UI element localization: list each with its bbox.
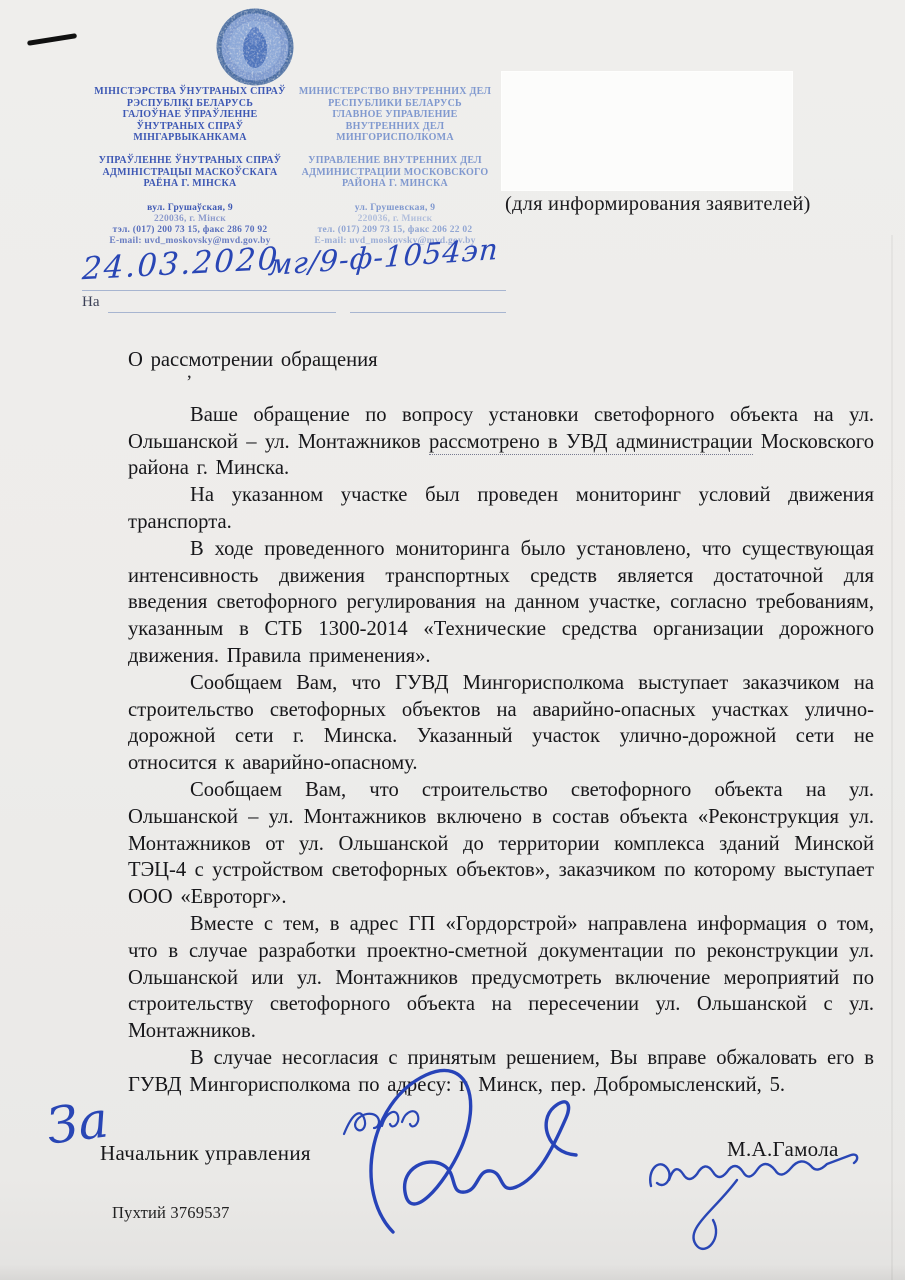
executor-line: Пухтий 3769537 [112,1203,230,1223]
letterhead-line: РАЙОНА Г. МИНСКА [290,178,500,190]
department-name-ru: УПРАВЛЕНИЕ ВНУТРЕННИХ ДЕЛ АДМИНИСТРАЦИИ … [290,155,500,190]
ministry-name-ru: МИНИСТЕРСТВО ВНУТРЕННИХ ДЕЛ РЕСПУБЛИКИ Б… [290,86,500,144]
letterhead-left-column: МІНІСТЭРСТВА ЎНУТРАНЫХ СПРАЎ РЭСПУБЛІКІ … [68,86,312,248]
subject-line: О рассмотрении обращения [128,347,874,374]
form-underline [108,312,336,313]
paragraph: Сообщаем Вам, что ГУВД Мингорисполкома в… [128,670,874,777]
letterhead-line: УПРАЎЛЕННЕ ЎНУТРАНЫХ СПРАЎ [68,155,312,167]
letterhead-line: РЕСПУБЛИКИ БЕЛАРУСЬ [290,98,500,110]
department-name-by: УПРАЎЛЕННЕ ЎНУТРАНЫХ СПРАЎ АДМІНІСТРАЦЫІ… [68,155,312,190]
paragraph: Сообщаем Вам, что строительство светофор… [128,777,874,911]
address-line: 220036, г. Минск [290,214,500,225]
letterhead-line: РЭСПУБЛІКІ БЕЛАРУСЬ [68,98,312,110]
address-line: 220036, г. Мінск [68,214,312,225]
address-line: вул. Грушаўская, 9 [68,203,312,214]
paragraph: Вместе с тем, в адрес ГП «Гордорстрой» н… [128,911,874,1045]
letterhead-line: МИНИСТЕРСТВО ВНУТРЕННИХ ДЕЛ [290,86,500,98]
paragraph: Ваше обращение по вопросу установки свет… [128,402,874,482]
state-emblem-stamp-icon [210,6,300,90]
position-title: Начальник управления [100,1141,311,1166]
pen-dash-mark [27,33,77,45]
letterhead-right-column: МИНИСТЕРСТВО ВНУТРЕННИХ ДЕЛ РЕСПУБЛИКИ Б… [290,86,500,248]
paragraph: На указанном участке был проведен монито… [128,482,874,536]
letterhead-line: РАЁНА Г. МІНСКА [68,178,312,190]
letterhead-line: ГАЛОЎНАЕ ЎПРАЎЛЕННЕ [68,109,312,121]
scan-edge-artifact [891,235,893,1280]
letterhead-line: АДМІНІСТРАЦЫІ МАСКОЎСКАГА [68,167,312,179]
for-informing-note: (для информирования заявителей) [505,193,865,216]
address-line: ул. Грушевская, 9 [290,203,500,214]
letterhead-line: УПРАВЛЕНИЕ ВНУТРЕННИХ ДЕЛ [290,155,500,167]
main-signature [348,1060,583,1250]
paragraph: В ходе проведенного мониторинга было уст… [128,536,874,670]
letterhead-line: МІНІСТЭРСТВА ЎНУТРАНЫХ СПРАЎ [68,86,312,98]
redacted-recipient-box [502,72,792,190]
secondary-signature [645,1150,877,1280]
letterhead-line: ВНУТРЕННИХ ДЕЛ [290,121,500,133]
letterhead-line: МИНГОРИСПОЛКОМА [290,132,500,144]
na-label: На [82,294,100,311]
letterhead-line: ГЛАВНОЕ УПРАВЛЕНИЕ [290,109,500,121]
letterhead-line: АДМИНИСТРАЦИИ МОСКОВСКОГО [290,167,500,179]
form-underline [350,312,506,313]
phone-line: тэл. (017) 200 73 15, факс 286 70 92 [68,225,312,236]
letter-body: О рассмотрении обращения Ваше обращение … [128,347,874,1099]
underlined-text-run: рассмотрено в УВД администрации [429,431,753,455]
letterhead-line: МІНГАРВЫКАНКАМА [68,132,312,144]
scanned-letter-page: МІНІСТЭРСТВА ЎНУТРАНЫХ СПРАЎ РЭСПУБЛІКІ … [0,0,905,1280]
form-underline [82,290,506,291]
handwritten-date: 24.03.2020 [81,241,280,287]
letterhead-line: ЎНУТРАНЫХ СПРАЎ [68,121,312,133]
ministry-name-by: МІНІСТЭРСТВА ЎНУТРАНЫХ СПРАЎ РЭСПУБЛІКІ … [68,86,312,144]
